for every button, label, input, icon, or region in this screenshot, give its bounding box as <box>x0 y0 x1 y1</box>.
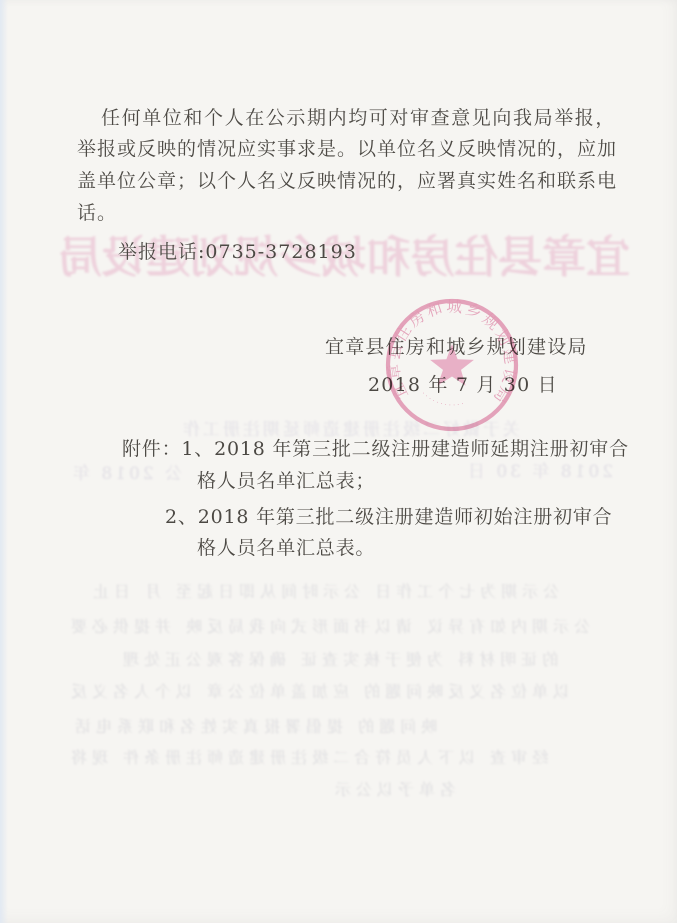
bleed-through-row: 公示期内如有异议 请以书面形式向我局反映 并提供必要 <box>66 617 590 637</box>
attachment-line-1: 附件：1、2018 年第三批二级注册建造师延期注册初审合 <box>122 438 629 460</box>
bleed-through-fragment-left: 公 2018 年 <box>70 464 182 484</box>
paragraph-line-3: 盖单位公章；以个人名义反映情况的，应署真实姓名和联系电 <box>77 170 617 192</box>
bleed-through-row: 的证明材料 为便于核实查证 确保客观公正处理 <box>118 650 558 670</box>
paragraph-line-2: 举报或反映的情况应实事求是。以单位名义反映情况的，应加 <box>77 138 617 160</box>
bleed-through-fragment-right: 2018 年 30 日 <box>465 462 613 482</box>
bleed-through-row: 经审查 以下人员符合二级注册建造师注册条件 现将 <box>66 748 548 768</box>
bleed-through-row: 名单予以公示 <box>330 780 456 800</box>
paragraph-line-4: 话。 <box>77 202 117 224</box>
report-hotline: 举报电话:0735-3728193 <box>118 241 357 263</box>
attachment-line-3: 2、2018 年第三批二级注册建造师初始注册初审合 <box>165 506 612 528</box>
scanned-document-page: 宜章县住房和城乡规划建设局 关于做好二级注册建造师延期注册工作 公 2018 年… <box>0 0 677 923</box>
bleed-through-row: 以单位名义反映问题的 应加盖单位公章 以个人名义反 <box>66 682 569 702</box>
attachment-line-2: 格人员名单汇总表； <box>197 470 375 492</box>
scan-edge-left <box>0 0 8 923</box>
bleed-through-row: 映问题的 提倡署报真实姓名和联系电话 <box>70 717 437 737</box>
attachment-line-4: 格人员名单汇总表。 <box>197 537 375 559</box>
bleed-through-row: 公示期为七个工作日 公示时间从即日起至 月 日止 <box>88 582 559 602</box>
seal-star-icon <box>430 344 474 386</box>
official-seal: 宜章县住房和城乡规划建设局 · · · · · · · · · · · <box>381 294 523 436</box>
paragraph-line-1: 任何单位和个人在公示期内均可对审查意见向我局举报， <box>101 107 616 129</box>
seal-code-text: · · · · · · · · · · · <box>420 390 465 410</box>
